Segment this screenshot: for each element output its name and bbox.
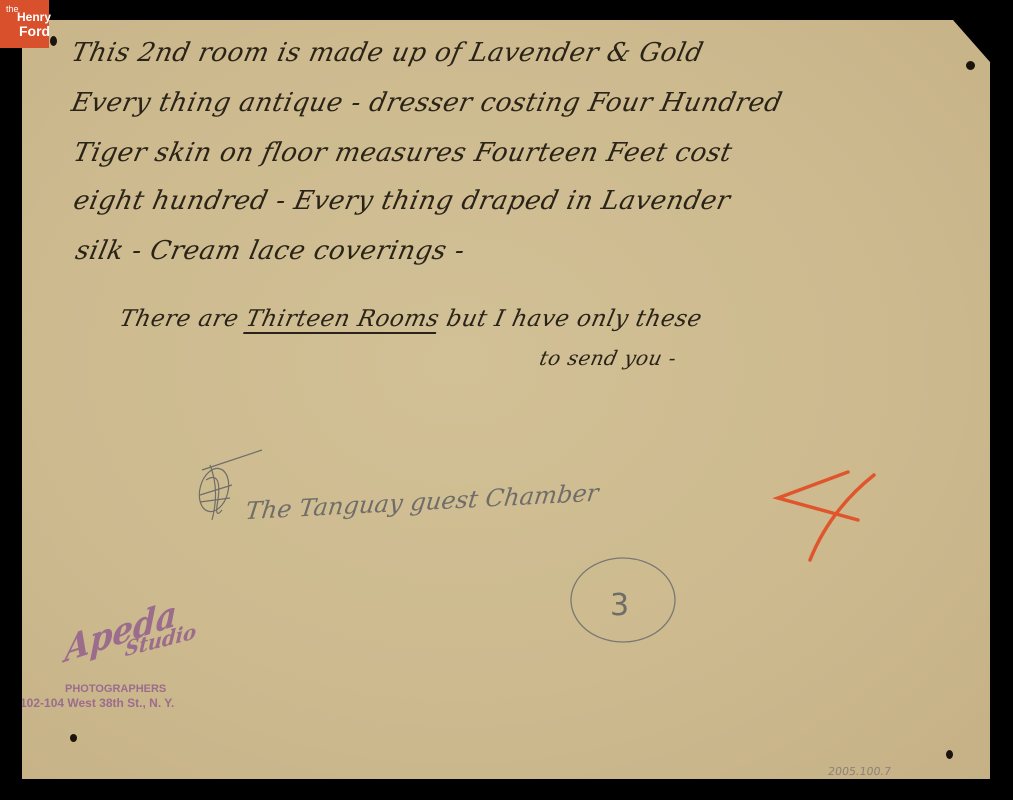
- stamp-address: 102-104 West 38th St., N. Y.: [20, 696, 174, 710]
- pin-hole: [966, 61, 975, 70]
- document-paper: This 2nd room is made up of Lavender & G…: [22, 20, 990, 779]
- handwritten-line-7: to send you -: [537, 346, 679, 370]
- have-only-these-text: but I have only these: [444, 306, 704, 332]
- logo-henry: Henry: [17, 11, 51, 23]
- pin-hole: [70, 734, 77, 742]
- there-are-text: There are: [117, 306, 241, 332]
- pin-hole: [946, 750, 953, 759]
- handwritten-line-2: Every thing antique - dresser costing Fo…: [69, 88, 785, 118]
- pencil-caption: The Tanguay guest Chamber: [244, 479, 600, 525]
- handwritten-line-6: There are Thirteen Rooms but I have only…: [117, 306, 704, 332]
- thirteen-rooms-text: Thirteen Rooms: [244, 306, 442, 332]
- henry-ford-logo: the Henry Ford: [0, 0, 49, 48]
- handwritten-line-3: Tiger skin on floor measures Fourteen Fe…: [71, 138, 735, 168]
- accession-number: 2005.100.7: [827, 765, 892, 778]
- red-crayon-number-icon: [770, 450, 890, 570]
- pin-hole: [50, 36, 57, 46]
- handwritten-line-5: silk - Cream lace coverings -: [73, 236, 468, 266]
- handwritten-line-4: eight hundred - Every thing draped in La…: [71, 186, 733, 216]
- logo-ford: Ford: [19, 24, 50, 38]
- handwritten-line-1: This 2nd room is made up of Lavender & G…: [69, 38, 706, 68]
- pencil-circled-number: 3: [610, 588, 629, 623]
- stamp-photographers: PHOTOGRAPHERS: [65, 683, 166, 695]
